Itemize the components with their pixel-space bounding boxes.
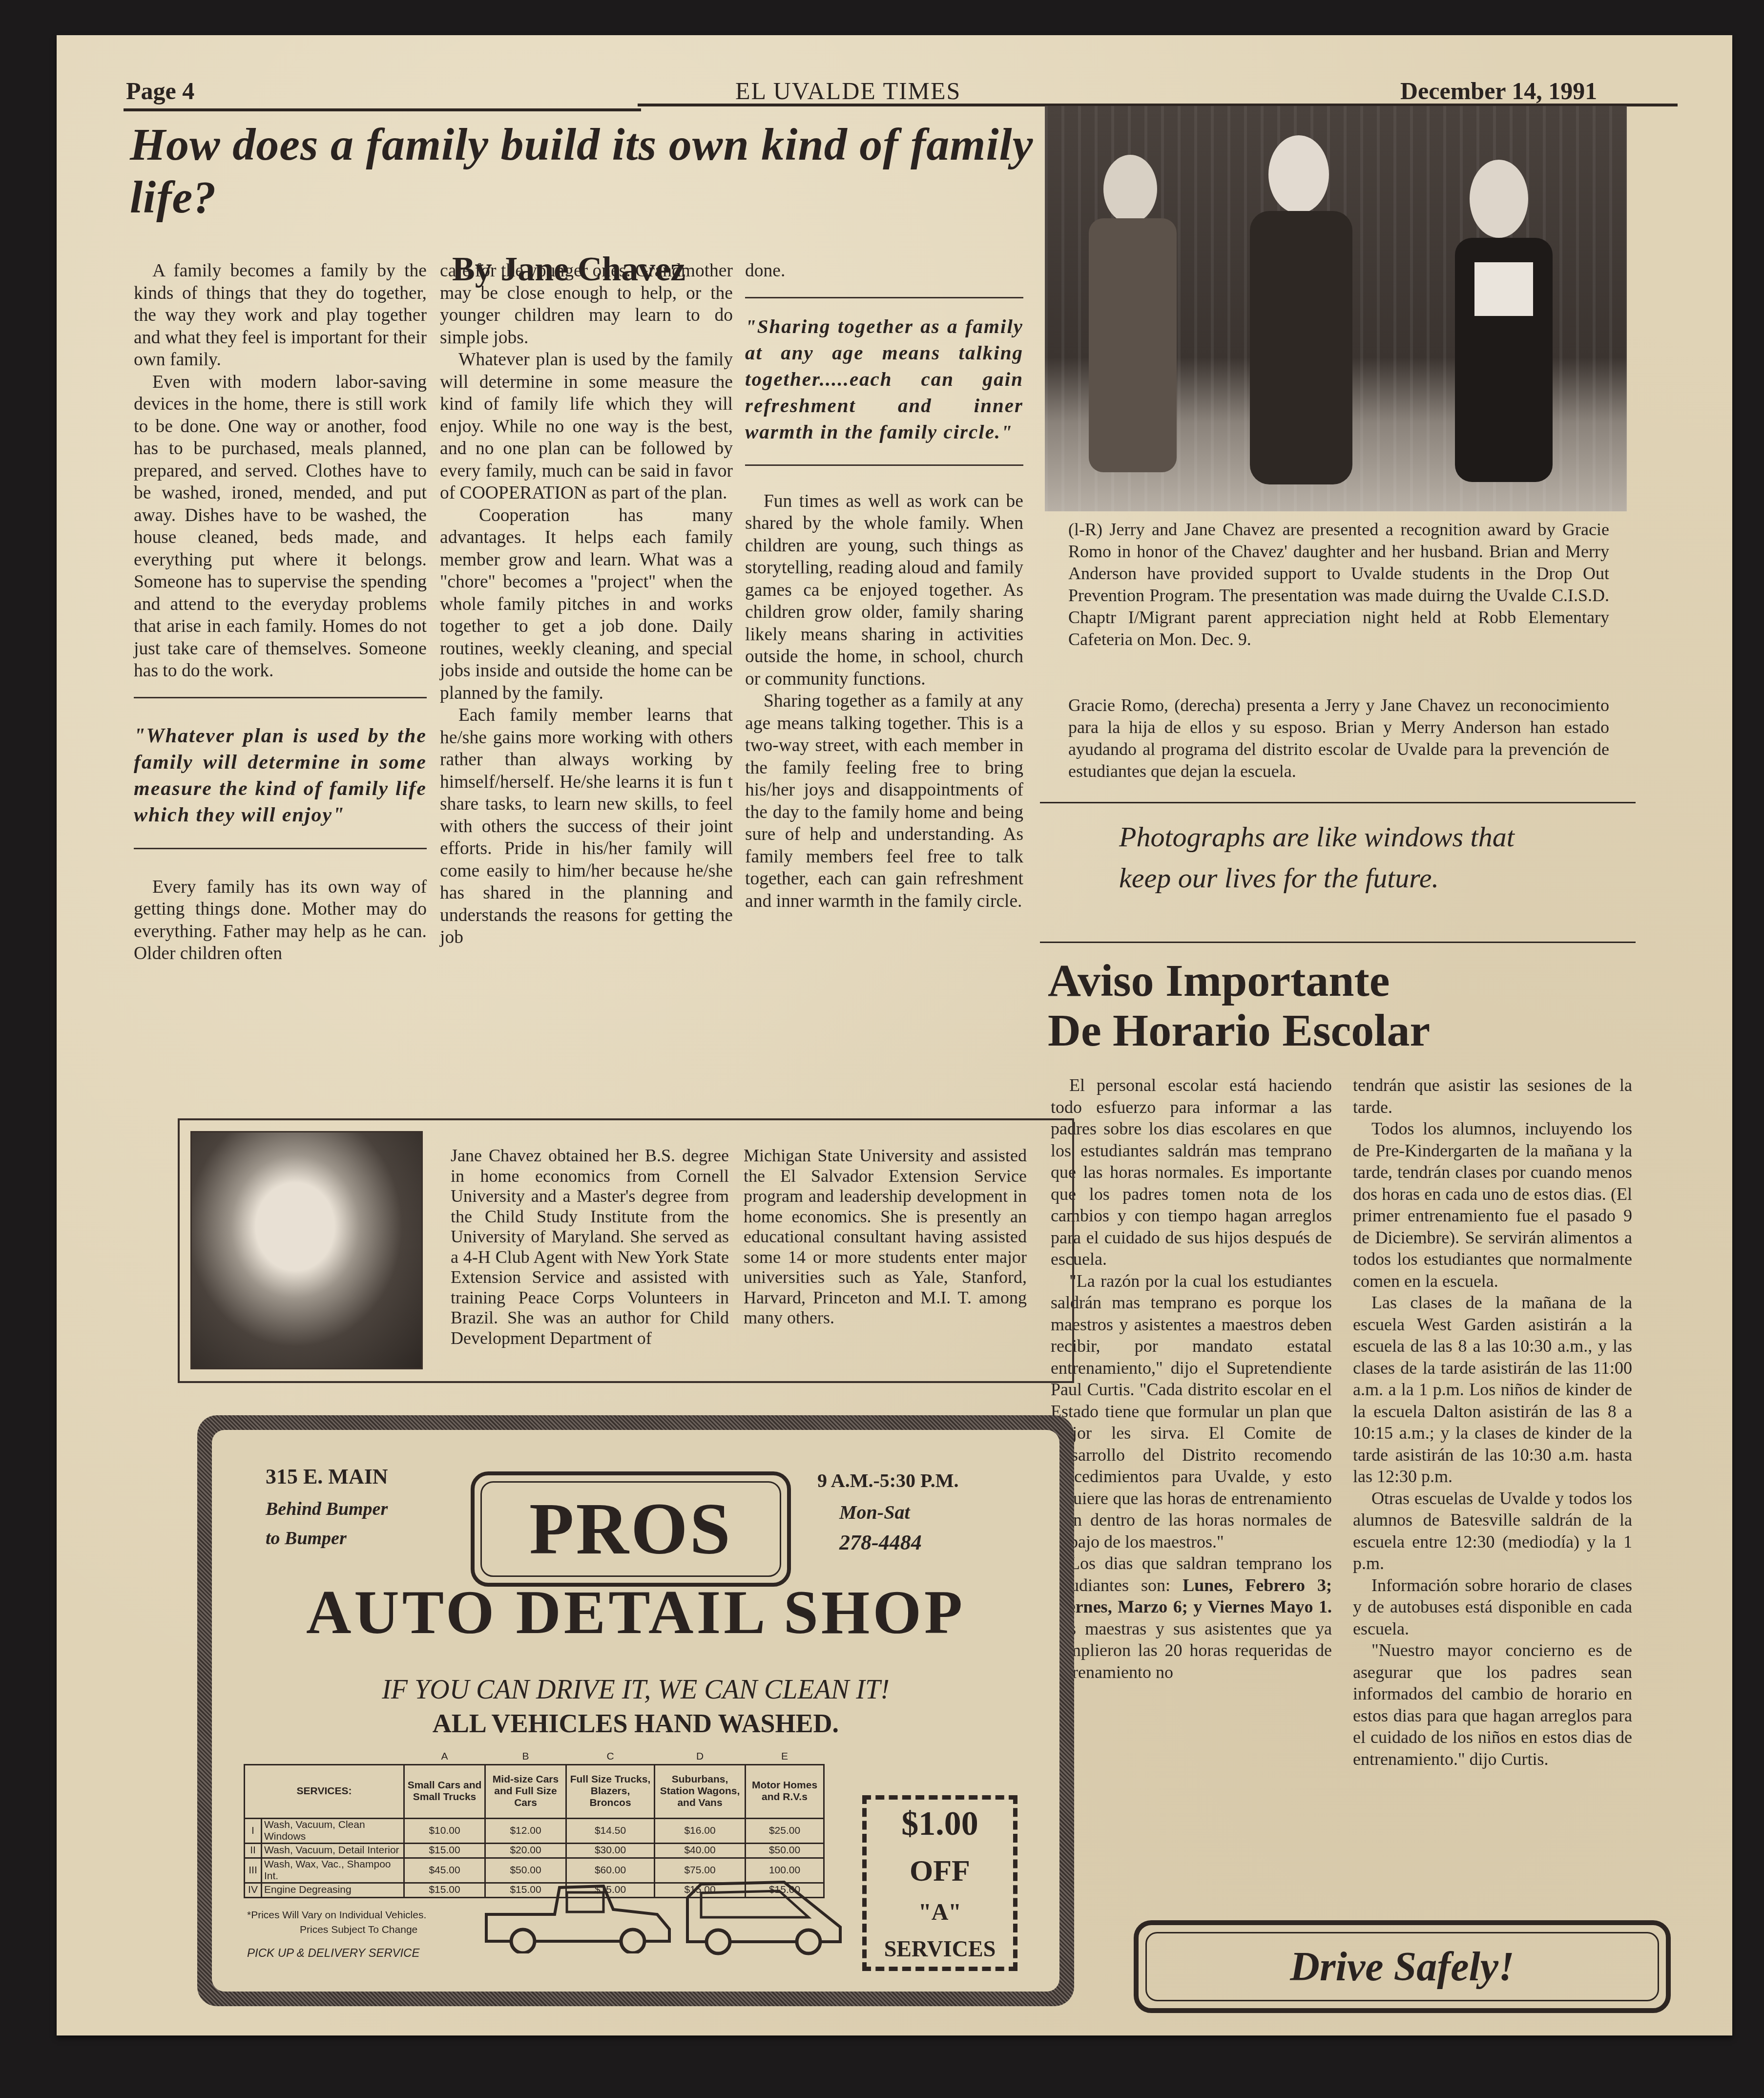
ad-hours: 9 A.M.-5:30 P.M. — [817, 1469, 959, 1492]
article-column-1: A family becomes a family by the kinds o… — [134, 260, 427, 965]
coupon-off: OFF — [910, 1854, 970, 1888]
paragraph: Fun times as well as work can be shared … — [745, 490, 1023, 691]
coupon-tier: "A" — [918, 1899, 961, 1926]
photo-caption-spanish: Gracie Romo, (derecha) presenta a Jerry … — [1068, 694, 1609, 782]
ad-subslogan: ALL VEHICLES HAND WASHED. — [212, 1708, 1059, 1739]
column-header: Full Size Trucks, Blazers, Broncos — [566, 1764, 655, 1818]
author-portrait — [190, 1131, 423, 1369]
paragraph: care for the younger ones. Grandmother m… — [440, 260, 733, 349]
paragraph: Even with modern labor-saving devices in… — [134, 371, 427, 682]
author-bio-box: Jane Chavez obtained her B.S. degree in … — [178, 1118, 1074, 1383]
paragraph: A family becomes a family by the kinds o… — [134, 260, 427, 371]
ad-location-2: to Bumper — [266, 1528, 347, 1549]
ad-title: AUTO DETAIL SHOP — [212, 1576, 1059, 1648]
paragraph: Sharing together as a family at any age … — [745, 690, 1023, 912]
auto-detail-ad: 315 E. MAIN Behind Bumper to Bumper PROS… — [197, 1415, 1074, 2006]
photo-caption-english: (l-R) Jerry and Jane Chavez are presente… — [1068, 519, 1609, 650]
pros-logo: PROS — [471, 1471, 791, 1587]
divider — [134, 848, 427, 849]
services-header: SERVICES: — [245, 1764, 404, 1818]
paragraph: Información sobre horario de clases y de… — [1353, 1574, 1632, 1640]
people-silhouettes-icon — [1045, 106, 1627, 511]
column-header: Mid-size Cars and Full Size Cars — [485, 1764, 566, 1818]
divider — [1040, 942, 1636, 943]
paragraph: Each family member learns that he/she ga… — [440, 704, 733, 949]
column-header: Small Cars and Small Trucks — [404, 1764, 485, 1818]
aviso-column-2: tendrán que asistir las sesiones de la t… — [1353, 1074, 1632, 1770]
aviso-headline-line-1: Aviso Importante — [1048, 956, 1430, 1006]
column-header: Suburbans, Station Wagons, and Vans — [655, 1764, 746, 1818]
article-headline: How does a family build its own kind of … — [130, 118, 1058, 224]
pull-quote: "Sharing together as a family at any age… — [745, 313, 1023, 445]
aviso-column-1: El personal escolar está haciendo todo e… — [1051, 1074, 1332, 1683]
ad-phone: 278-4484 — [839, 1530, 922, 1555]
paragraph: Las clases de la mañana de la escuela We… — [1353, 1292, 1632, 1488]
price-note-1: *Prices Will Vary on Individual Vehicles… — [247, 1909, 426, 1921]
bio-column-1: Jane Chavez obtained her B.S. degree in … — [451, 1146, 729, 1348]
paragraph: Cooperation has many advantages. It help… — [440, 504, 733, 705]
drive-safely-box: Drive Safely! — [1134, 1920, 1671, 2013]
minivan-icon — [682, 1878, 848, 1956]
pros-brand: PROS — [480, 1481, 781, 1577]
aviso-headline: Aviso Importante De Horario Escolar — [1048, 956, 1430, 1055]
pull-quote: "Whatever plan is used by the family wil… — [134, 723, 427, 828]
divider — [745, 297, 1023, 298]
coupon-label: SERVICES — [884, 1936, 996, 1962]
aviso-headline-line-2: De Horario Escolar — [1048, 1006, 1430, 1055]
table-row: I Wash, Vacuum, Clean Windows $10.00 $12… — [245, 1818, 824, 1843]
paragraph: "La razón por la cual los estudiantes sa… — [1051, 1270, 1332, 1553]
divider — [745, 464, 1023, 466]
paragraph: Every family has its own way of getting … — [134, 876, 427, 965]
article-column-2: care for the younger ones. Grandmother m… — [440, 260, 733, 949]
drive-safely-text: Drive Safely! — [1145, 1932, 1659, 2001]
price-table: A B C D E SERVICES: Small Cars and Small… — [244, 1750, 825, 1898]
paragraph: El personal escolar está haciendo todo e… — [1051, 1074, 1332, 1270]
table-row: II Wash, Vacuum, Detail Interior $15.00 … — [245, 1843, 824, 1858]
paragraph: Todos los alumnos, incluyendo los de Pre… — [1353, 1118, 1632, 1292]
divider — [134, 697, 427, 698]
pickup-truck-icon — [481, 1880, 677, 1953]
paragraph: "Nuestro mayor concierno es de asegurar … — [1353, 1639, 1632, 1770]
article-column-3: done. "Sharing together as a family at a… — [745, 260, 1023, 912]
bio-column-2: Michigan State University and assisted t… — [744, 1146, 1027, 1328]
ad-panel: 315 E. MAIN Behind Bumper to Bumper PROS… — [212, 1430, 1059, 1992]
pickup-delivery: PICK UP & DELIVERY SERVICE — [247, 1947, 419, 1960]
page-number: Page 4 — [126, 77, 194, 105]
masthead: EL UVALDE TIMES — [735, 77, 961, 105]
discount-coupon[interactable]: $1.00 OFF "A" SERVICES — [862, 1795, 1017, 1971]
divider — [1040, 802, 1636, 803]
ad-location-1: Behind Bumper — [266, 1498, 388, 1520]
paragraph: Whatever plan is used by the family will… — [440, 349, 733, 504]
issue-date: December 14, 1991 — [1400, 77, 1597, 105]
ad-slogan: IF YOU CAN DRIVE IT, WE CAN CLEAN IT! — [212, 1674, 1059, 1705]
coupon-amount: $1.00 — [901, 1804, 978, 1844]
paragraph: done. — [745, 260, 1023, 282]
ad-address: 315 E. MAIN — [266, 1464, 388, 1489]
column-header: Motor Homes and R.V.s — [746, 1764, 824, 1818]
paragraph: Otras escuelas de Uvalde y todos los alu… — [1353, 1488, 1632, 1574]
award-photo — [1045, 106, 1627, 511]
ad-days: Mon-Sat — [839, 1501, 910, 1524]
price-note-2: Prices Subject To Change — [300, 1924, 417, 1936]
newspaper-page: Page 4 EL UVALDE TIMES December 14, 1991… — [57, 35, 1732, 2035]
header-rule-left — [124, 108, 641, 111]
photo-quote: Photographs are like windows that keep o… — [1119, 817, 1558, 899]
paragraph: Los dias que saldran temprano los estudi… — [1051, 1553, 1332, 1683]
paragraph: tendrán que asistir las sesiones de la t… — [1353, 1074, 1632, 1118]
